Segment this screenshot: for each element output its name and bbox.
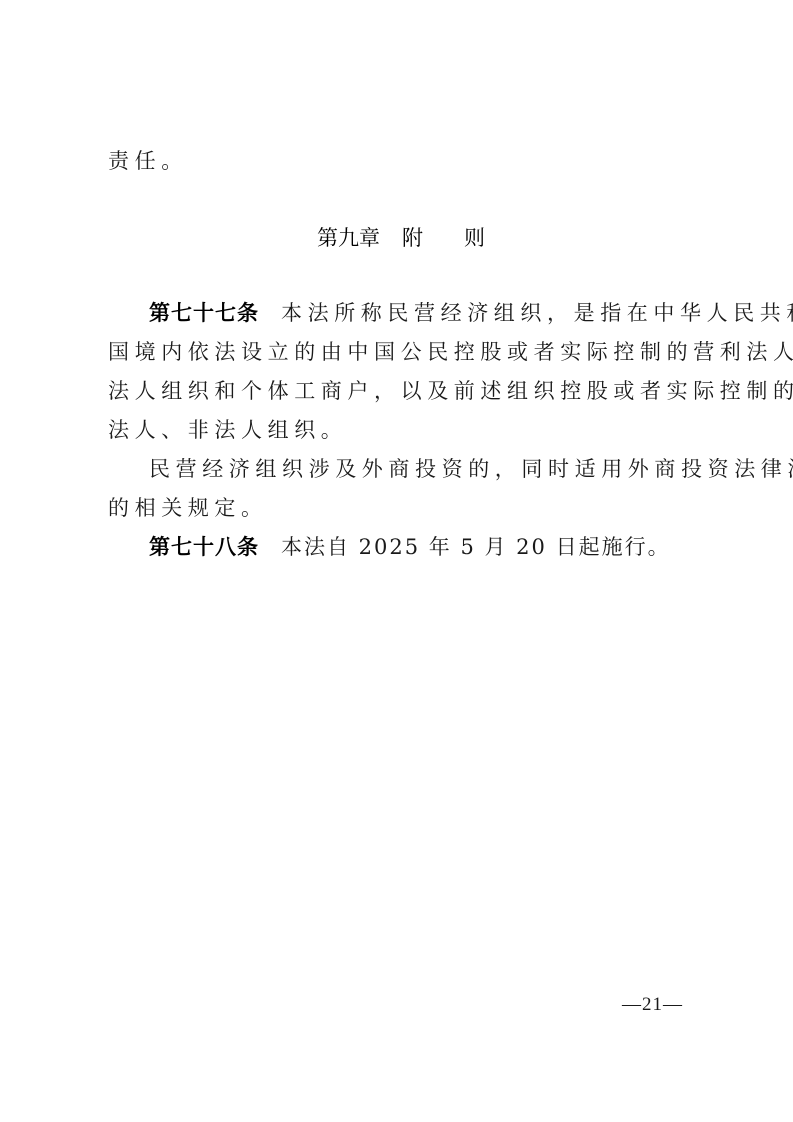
- chapter-title-part2: 则: [464, 220, 485, 256]
- chapter-title-part1: 附: [402, 220, 423, 256]
- article-77-line-3: 法人组织和个体工商户，以及前述组织控股或者实际控制的营利: [108, 372, 793, 411]
- continuation-text: 责任。: [108, 142, 188, 181]
- article-77-line-2: 国境内依法设立的由中国公民控股或者实际控制的营利法人、非: [108, 333, 793, 372]
- article-text: 本法自 2025 年 5 月 20 日起施行。: [281, 535, 671, 559]
- article-label: 第七十七条: [149, 301, 259, 325]
- page-number: —21—: [622, 994, 683, 1016]
- article-77-para2-line-1: 民营经济组织涉及外商投资的，同时适用外商投资法律法规: [149, 450, 793, 489]
- chapter-number: 第九章: [317, 220, 380, 256]
- article-text: 本法所称民营经济组织，是指在中华人民共和: [281, 301, 793, 325]
- article-77-line-4: 法人、非法人组织。: [108, 411, 347, 450]
- article-77-para2-line-2: 的相关规定。: [108, 489, 268, 528]
- article-77-line-1: 第七十七条本法所称民营经济组织，是指在中华人民共和: [149, 294, 793, 333]
- article-label: 第七十八条: [149, 535, 259, 559]
- article-78-line-1: 第七十八条本法自 2025 年 5 月 20 日起施行。: [149, 528, 671, 567]
